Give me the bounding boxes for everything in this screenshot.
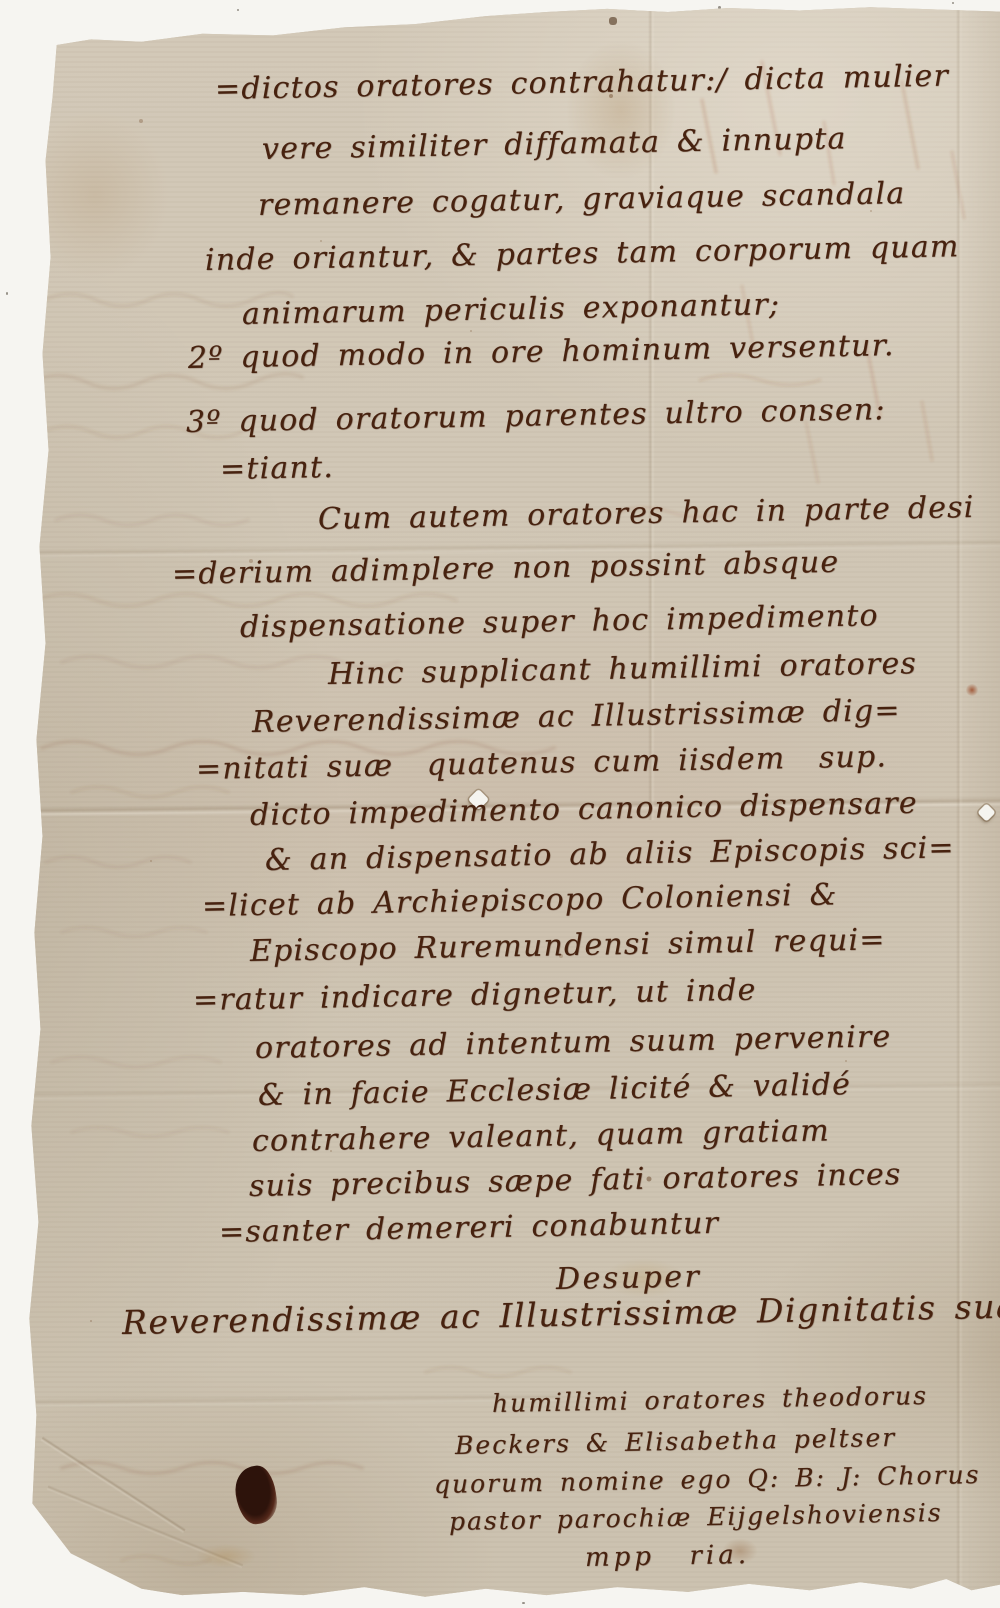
dust-speck [6, 292, 8, 295]
paper-sheet: =dictos oratores contrahatur:/ dicta mul… [0, 0, 1000, 1608]
stain [20, 110, 170, 280]
manuscript-line: =tiant. [220, 450, 335, 487]
scanned-manuscript-page: =dictos oratores contrahatur:/ dicta mul… [0, 0, 1000, 1608]
dust-speck [237, 9, 239, 11]
desuper-heading: Desuper [556, 1259, 702, 1297]
right-edge-shading [966, 0, 1000, 1608]
dust-speck [952, 2, 954, 4]
red-ink-spot [966, 684, 978, 696]
stain [196, 1544, 256, 1568]
dust-speck [522, 1602, 525, 1604]
paper-specks [0, 0, 2, 2]
signature-mark: mpp ria. [585, 1540, 751, 1573]
dust-speck [718, 6, 721, 9]
